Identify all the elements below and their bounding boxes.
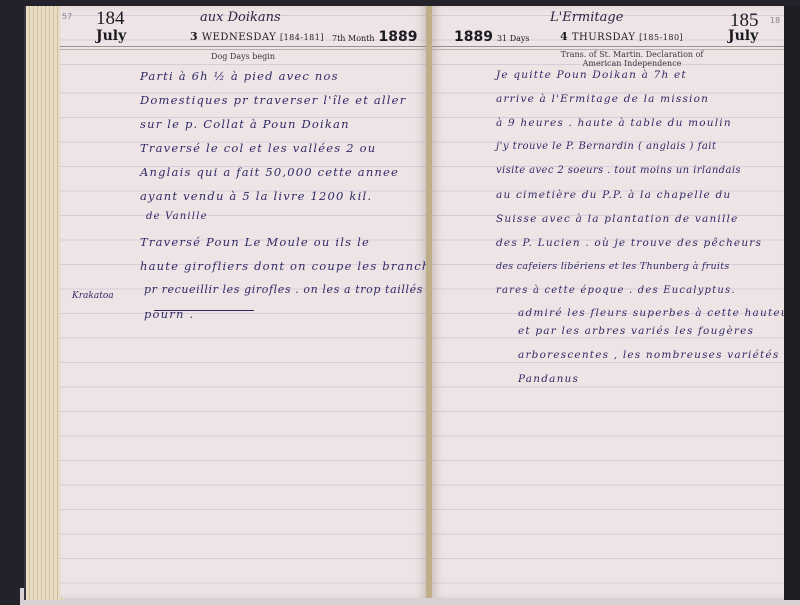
left-page-body (60, 6, 426, 598)
book-cover-edge (784, 6, 800, 600)
right-page-body: et par les arbres variés les fougères ar… (432, 6, 784, 598)
page-edges-stack (24, 6, 64, 600)
right-line: arborescentes , les nombreuses variétés … (518, 349, 799, 361)
right-line: et par les arbres variés les fougères (518, 325, 754, 337)
right-line: Pandanus (518, 373, 579, 385)
